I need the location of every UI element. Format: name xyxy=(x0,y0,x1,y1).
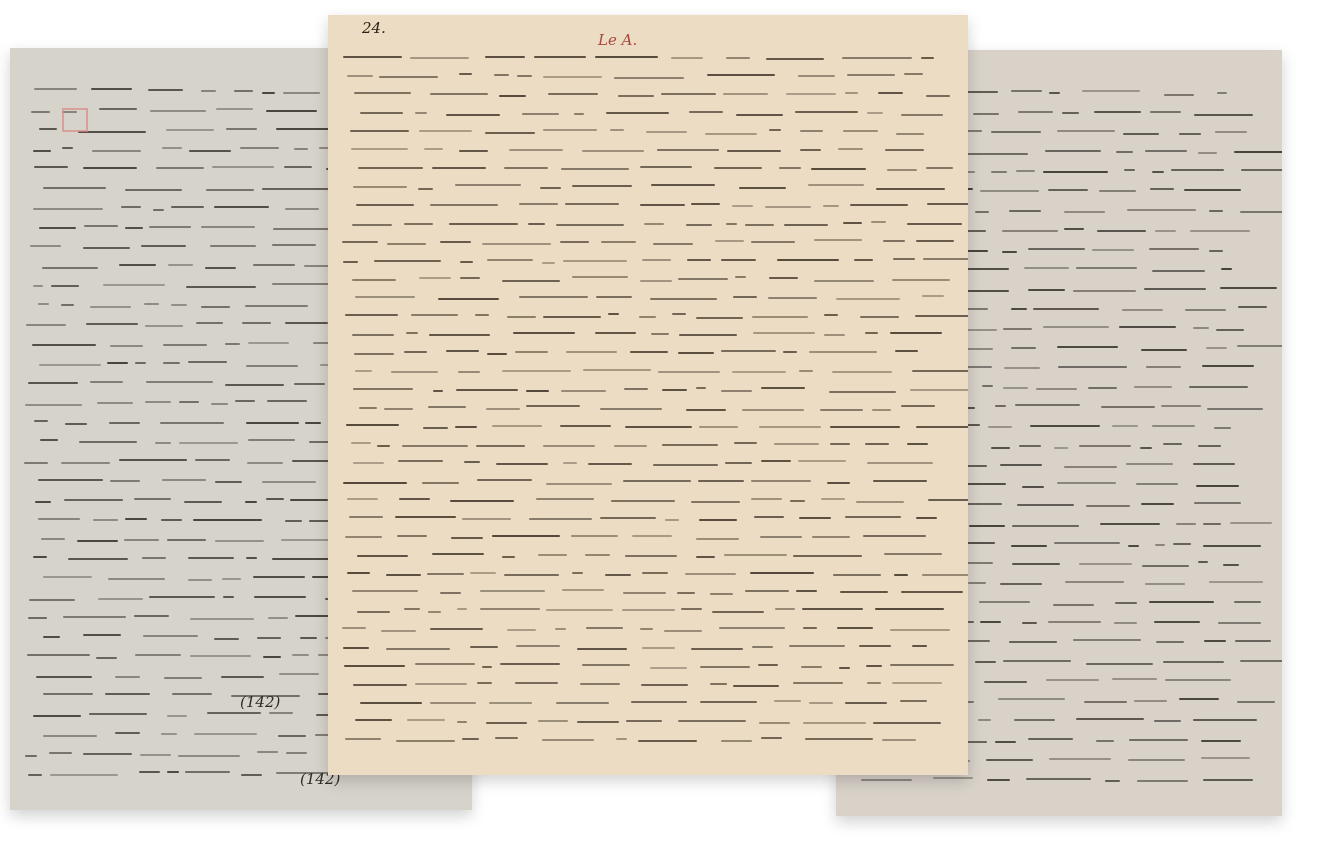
handwriting-stroke xyxy=(600,408,662,410)
handwriting-stroke xyxy=(1073,290,1135,292)
handwriting-stroke xyxy=(1079,445,1131,447)
handwriting-stroke xyxy=(292,460,333,462)
handwriting-stroke xyxy=(662,389,687,391)
handwriting-stroke xyxy=(105,693,150,695)
handwriting-stroke xyxy=(783,351,798,353)
handwriting-stroke xyxy=(1065,581,1124,583)
handwriting-stroke xyxy=(795,111,859,113)
handwriting-stroke xyxy=(572,185,632,187)
handwriting-stroke xyxy=(144,303,159,305)
handwriting-stroke xyxy=(384,408,413,410)
handwriting-stroke xyxy=(97,402,133,404)
handwriting-stroke xyxy=(458,371,480,373)
handwriting-stroke xyxy=(820,409,863,411)
handwriting-stroke xyxy=(1154,720,1181,722)
handwriting-stroke xyxy=(1003,387,1029,389)
handwriting-stroke xyxy=(1009,641,1058,643)
handwriting-stroke xyxy=(538,720,568,722)
handwriting-stroke xyxy=(398,460,443,462)
handwriting-stroke xyxy=(626,720,662,722)
handwriting-stroke xyxy=(519,203,558,205)
handwriting-stroke xyxy=(171,206,204,208)
handwriting-stroke xyxy=(357,555,408,557)
handwriting-stroke xyxy=(168,264,193,266)
handwriting-stroke xyxy=(725,462,752,464)
handwriting-stroke xyxy=(28,774,42,776)
handwriting-stroke xyxy=(1028,248,1086,250)
handwriting-stroke xyxy=(892,279,950,281)
handwriting-stroke xyxy=(742,409,804,411)
handwriting-stroke xyxy=(640,166,692,168)
handwriting-stroke xyxy=(677,592,694,594)
handwriting-stroke xyxy=(1054,447,1068,449)
handwriting-stroke xyxy=(799,370,813,372)
handwriting-stroke xyxy=(284,166,312,168)
handwriting-stroke xyxy=(653,243,693,245)
handwriting-stroke xyxy=(878,92,903,94)
handwriting-stroke xyxy=(696,538,740,540)
handwriting-stroke xyxy=(691,203,720,205)
handwriting-stroke xyxy=(462,738,479,740)
handwriting-stroke xyxy=(1048,189,1087,191)
handwriting-stroke xyxy=(121,206,141,208)
handwriting-stroke xyxy=(246,422,300,424)
handwriting-stroke xyxy=(538,554,567,556)
handwriting-stroke xyxy=(460,277,479,279)
handwriting-stroke xyxy=(721,259,756,261)
handwriting-stroke xyxy=(812,536,850,538)
handwriting-stroke xyxy=(1146,366,1181,368)
handwriting-stroke xyxy=(814,239,862,241)
handwriting-stroke xyxy=(28,382,78,384)
handwriting-stroke xyxy=(485,56,525,58)
handwriting-stroke xyxy=(186,286,256,288)
handwriting-stroke xyxy=(1002,251,1017,253)
handwriting-stroke xyxy=(1134,386,1173,388)
handwriting-stroke xyxy=(872,409,891,411)
handwriting-stroke xyxy=(30,245,61,247)
handwriting-stroke xyxy=(34,88,78,90)
handwriting-stroke xyxy=(125,227,143,229)
handwriting-stroke xyxy=(678,278,728,280)
handwriting-stroke xyxy=(710,683,727,685)
handwriting-stroke xyxy=(1030,425,1100,427)
handwriting-stroke xyxy=(1165,679,1232,681)
handwriting-stroke xyxy=(234,90,253,92)
handwriting-stroke xyxy=(845,702,887,704)
handwriting-stroke xyxy=(459,150,488,152)
handwriting-stroke xyxy=(542,739,594,741)
handwriting-stroke xyxy=(912,645,928,647)
handwriting-stroke xyxy=(735,276,746,278)
handwriting-stroke xyxy=(201,306,230,308)
handwriting-stroke xyxy=(543,76,602,78)
handwriting-stroke xyxy=(355,296,415,298)
handwriting-stroke xyxy=(161,519,182,521)
handwriting-stroke xyxy=(761,460,791,462)
handwriting-stroke xyxy=(428,406,466,408)
handwriting-stroke xyxy=(179,401,199,403)
handwriting-stroke xyxy=(543,129,596,131)
handwriting-stroke xyxy=(606,112,669,114)
handwriting-stroke xyxy=(272,558,331,560)
handwriting-stroke xyxy=(644,223,664,225)
handwriting-stroke xyxy=(1057,130,1115,132)
handwriting-stroke xyxy=(1150,111,1181,113)
handwriting-stroke xyxy=(351,442,372,444)
handwriting-stroke xyxy=(352,334,395,336)
handwriting-stroke xyxy=(1076,267,1136,269)
handwriting-stroke xyxy=(733,685,779,687)
handwriting-stroke xyxy=(751,241,795,243)
handwriting-stroke xyxy=(632,535,672,537)
handwriting-stroke xyxy=(916,426,968,428)
handwriting-stroke xyxy=(262,188,330,190)
handwriting-stroke xyxy=(216,108,253,110)
handwriting-stroke xyxy=(178,755,241,757)
handwriting-stroke xyxy=(410,57,469,59)
handwriting-stroke xyxy=(42,267,97,269)
handwriting-stroke xyxy=(486,722,527,724)
handwriting-stroke xyxy=(830,443,851,445)
handwriting-stroke xyxy=(916,517,937,519)
handwriting-stroke xyxy=(784,224,829,226)
handwriting-stroke xyxy=(759,426,821,428)
handwriting-stroke xyxy=(41,538,64,540)
handwriting-stroke xyxy=(27,654,91,656)
handwriting-stroke xyxy=(739,187,786,189)
handwriting-stroke xyxy=(124,539,159,541)
handwriting-stroke xyxy=(1112,678,1157,680)
handwriting-stroke xyxy=(475,314,489,316)
handwriting-stroke xyxy=(446,114,500,116)
handwriting-stroke xyxy=(811,168,866,170)
handwriting-stroke xyxy=(1185,309,1225,311)
handwriting-stroke xyxy=(214,638,240,640)
handwriting-stroke xyxy=(686,409,726,411)
handwriting-stroke xyxy=(146,381,213,383)
handwriting-stroke xyxy=(164,677,202,679)
handwriting-stroke xyxy=(415,683,467,685)
handwriting-stroke xyxy=(640,204,685,206)
handwriting-stroke xyxy=(515,351,548,353)
handwriting-stroke xyxy=(1150,188,1174,190)
handwriting-stroke xyxy=(142,557,166,559)
handwriting-stroke xyxy=(1054,542,1120,544)
handwriting-stroke xyxy=(761,737,783,739)
handwriting-stroke xyxy=(350,130,409,132)
handwriting-stroke xyxy=(699,519,737,521)
handwriting-stroke xyxy=(519,296,589,298)
handwriting-stroke xyxy=(1123,133,1158,135)
handwriting-stroke xyxy=(432,553,484,555)
handwriting-stroke xyxy=(1105,780,1120,782)
handwriting-stroke xyxy=(671,57,704,59)
handwriting-stroke xyxy=(353,684,407,686)
handwriting-stroke xyxy=(1201,740,1241,742)
handwriting-stroke xyxy=(43,636,59,638)
handwriting-stroke xyxy=(355,370,372,372)
handwriting-stroke xyxy=(546,609,613,611)
handwriting-stroke xyxy=(430,702,476,704)
handwriting-stroke xyxy=(969,525,1005,527)
handwriting-stroke xyxy=(115,732,141,734)
handwriting-stroke xyxy=(866,665,882,667)
handwriting-stroke xyxy=(212,166,275,168)
handwriting-stroke xyxy=(1141,349,1187,351)
handwriting-stroke xyxy=(1234,601,1262,603)
handwriting-stroke xyxy=(696,556,715,558)
handwriting-stroke xyxy=(477,682,492,684)
handwriting-stroke xyxy=(796,590,817,592)
handwriting-stroke xyxy=(1127,209,1195,211)
handwriting-stroke xyxy=(907,223,962,225)
handwriting-stroke xyxy=(188,579,212,581)
handwriting-stroke xyxy=(215,540,264,542)
handwriting-stroke xyxy=(1004,367,1040,369)
handwriting-stroke xyxy=(991,447,1010,449)
handwriting-stroke xyxy=(624,388,648,390)
handwriting-stroke xyxy=(494,74,509,76)
handwriting-stroke xyxy=(1198,445,1221,447)
handwriting-stroke xyxy=(1223,564,1240,566)
handwriting-stroke xyxy=(588,463,632,465)
handwriting-stroke xyxy=(248,439,295,441)
handwriting-stroke xyxy=(1179,133,1201,135)
handwriting-stroke xyxy=(823,205,839,207)
handwriting-stroke xyxy=(614,77,683,79)
handwriting-stroke xyxy=(1163,661,1224,663)
handwriting-stroke xyxy=(1155,544,1166,546)
handwriting-stroke xyxy=(1145,583,1186,585)
handwriting-stroke xyxy=(574,113,584,115)
handwriting-stroke xyxy=(502,370,572,372)
handwriting-stroke xyxy=(1011,308,1027,310)
handwriting-stroke xyxy=(502,280,560,282)
handwriting-stroke xyxy=(269,712,292,714)
handwriting-stroke xyxy=(407,719,445,721)
handwriting-stroke xyxy=(33,556,47,558)
handwriting-stroke xyxy=(61,462,110,464)
handwriting-stroke xyxy=(1161,405,1201,407)
handwriting-stroke xyxy=(641,684,688,686)
handwriting-stroke xyxy=(921,57,934,59)
handwriting-stroke xyxy=(402,445,468,447)
handwriting-stroke xyxy=(245,501,257,503)
handwriting-stroke xyxy=(156,167,204,169)
handwriting-stroke xyxy=(455,184,520,186)
handwriting-stroke xyxy=(833,574,881,576)
handwriting-stroke xyxy=(205,267,236,269)
handwriting-stroke xyxy=(276,128,330,130)
handwriting-stroke xyxy=(801,666,823,668)
handwriting-stroke xyxy=(161,733,178,735)
handwriting-stroke xyxy=(31,111,50,113)
handwriting-stroke xyxy=(922,295,944,297)
handwriting-stroke xyxy=(381,630,416,632)
handwriting-stroke xyxy=(24,462,48,464)
handwriting-stroke xyxy=(141,245,186,247)
handwriting-stroke xyxy=(710,593,733,595)
handwriting-stroke xyxy=(798,75,835,77)
handwriting-stroke xyxy=(890,629,949,631)
handwriting-stroke xyxy=(438,298,499,300)
handwriting-stroke xyxy=(135,362,146,364)
handwriting-stroke xyxy=(253,264,295,266)
handwriting-stroke xyxy=(34,166,69,168)
handwriting-stroke xyxy=(691,501,739,503)
handwriting-stroke xyxy=(894,574,908,576)
handwriting-stroke xyxy=(916,240,954,242)
handwriting-stroke xyxy=(726,223,737,225)
handwriting-stroke xyxy=(193,519,262,521)
handwriting-stroke xyxy=(430,628,484,630)
handwriting-stroke xyxy=(726,57,750,59)
handwriting-stroke xyxy=(901,114,943,116)
handwriting-stroke xyxy=(1221,268,1232,270)
handwriting-stroke xyxy=(1240,660,1282,662)
handwriting-stroke xyxy=(353,462,384,464)
handwriting-stroke xyxy=(25,404,82,406)
handwriting-stroke xyxy=(499,95,526,97)
handwriting-stroke xyxy=(979,601,1030,603)
handwriting-stroke xyxy=(651,333,670,335)
handwriting-stroke xyxy=(1064,466,1117,468)
handwriting-stroke xyxy=(166,129,214,131)
handwriting-stroke xyxy=(492,535,560,537)
handwriting-stroke xyxy=(49,752,72,754)
handwriting-stroke xyxy=(724,554,787,556)
handwriting-stroke xyxy=(995,741,1016,743)
handwriting-stroke xyxy=(51,285,79,287)
handwriting-stroke xyxy=(433,390,443,392)
handwriting-stroke xyxy=(721,390,752,392)
handwriting-stroke xyxy=(571,535,619,537)
handwriting-stroke xyxy=(63,616,126,618)
handwriting-stroke xyxy=(1046,679,1100,681)
handwriting-stroke xyxy=(900,700,927,702)
handwriting-stroke xyxy=(429,334,490,336)
handwriting-stroke xyxy=(292,654,308,656)
handwriting-stroke xyxy=(482,666,492,668)
handwriting-stroke xyxy=(761,387,806,389)
handwriting-stroke xyxy=(424,148,443,150)
handwriting-stroke xyxy=(907,443,928,445)
handwriting-stroke xyxy=(1012,563,1060,565)
handwriting-stroke xyxy=(455,426,477,428)
handwriting-stroke xyxy=(267,400,308,402)
handwriting-stroke xyxy=(1036,388,1076,390)
handwriting-stroke xyxy=(1033,308,1099,310)
handwriting-stroke xyxy=(1230,522,1271,524)
handwriting-stroke xyxy=(622,609,675,611)
handwriting-stroke xyxy=(1128,759,1184,761)
handwriting-stroke xyxy=(125,518,148,520)
handwriting-stroke xyxy=(343,482,406,484)
handwriting-stroke xyxy=(345,536,381,538)
handwriting-stroke xyxy=(777,259,839,261)
handwriting-stroke xyxy=(678,720,745,722)
handwriting-stroke xyxy=(631,701,687,703)
handwriting-stroke xyxy=(793,682,843,684)
handwriting-stroke xyxy=(43,187,106,189)
handwriting-stroke xyxy=(1152,171,1164,173)
handwriting-stroke xyxy=(358,167,423,169)
handwriting-stroke xyxy=(839,667,851,669)
handwriting-stroke xyxy=(896,133,925,135)
handwriting-stroke xyxy=(732,205,753,207)
handwriting-stroke xyxy=(399,498,429,500)
handwriting-stroke xyxy=(528,223,545,225)
handwriting-stroke xyxy=(873,480,926,482)
handwriting-stroke xyxy=(167,715,187,717)
handwriting-stroke xyxy=(572,572,584,574)
handwriting-stroke xyxy=(699,426,739,428)
handwriting-stroke xyxy=(162,479,206,481)
handwriting-stroke xyxy=(1171,169,1224,171)
handwriting-stroke xyxy=(359,407,376,409)
handwriting-stroke xyxy=(167,771,179,773)
handwriting-stroke xyxy=(353,388,413,390)
handwriting-stroke xyxy=(153,209,164,211)
handwriting-stroke xyxy=(1116,151,1133,153)
handwriting-stroke xyxy=(1206,347,1228,349)
handwriting-stroke xyxy=(769,129,781,131)
handwriting-stroke xyxy=(396,740,454,742)
handwriting-stroke xyxy=(625,426,692,428)
handwriting-stroke xyxy=(847,74,895,76)
handwriting-stroke xyxy=(733,296,757,298)
handwriting-stroke xyxy=(477,479,532,481)
handwriting-stroke xyxy=(143,635,198,637)
handwriting-stroke xyxy=(560,241,589,243)
handwriting-stroke xyxy=(865,443,889,445)
handwriting-stroke xyxy=(221,676,265,678)
handwriting-stroke xyxy=(1076,718,1144,720)
handwriting-stroke xyxy=(285,520,302,522)
handwriting-stroke xyxy=(188,361,228,363)
handwriting-stroke xyxy=(751,498,782,500)
handwriting-stroke xyxy=(1145,150,1187,152)
handwriting-stroke xyxy=(189,150,231,152)
handwriting-stroke xyxy=(39,364,101,366)
handwriting-stroke xyxy=(79,441,137,443)
handwriting-stroke xyxy=(1193,327,1208,329)
handwriting-stroke xyxy=(35,501,51,503)
handwriting-stroke xyxy=(422,482,459,484)
handwriting-stroke xyxy=(457,608,468,610)
handwriting-stroke xyxy=(1128,545,1140,547)
handwriting-stroke xyxy=(167,539,206,541)
handwriting-stroke xyxy=(859,645,891,647)
handwriting-stroke xyxy=(459,73,473,75)
handwriting-stroke xyxy=(803,627,817,629)
handwriting-stroke xyxy=(1094,111,1141,113)
handwriting-stroke xyxy=(482,243,551,245)
handwriting-stroke xyxy=(883,240,905,242)
handwriting-stroke xyxy=(867,462,932,464)
handwriting-stroke xyxy=(163,344,207,346)
handwriting-stroke xyxy=(1193,463,1235,465)
handwriting-stroke xyxy=(1058,366,1127,368)
handwriting-stroke xyxy=(1209,581,1263,583)
handwriting-stroke xyxy=(664,630,702,632)
handwriting-stroke xyxy=(1018,111,1053,113)
handwriting-stroke xyxy=(1048,621,1101,623)
handwriting-stroke xyxy=(998,698,1065,700)
handwriting-stroke xyxy=(379,76,438,78)
handwritten-note: 24. xyxy=(362,19,386,37)
